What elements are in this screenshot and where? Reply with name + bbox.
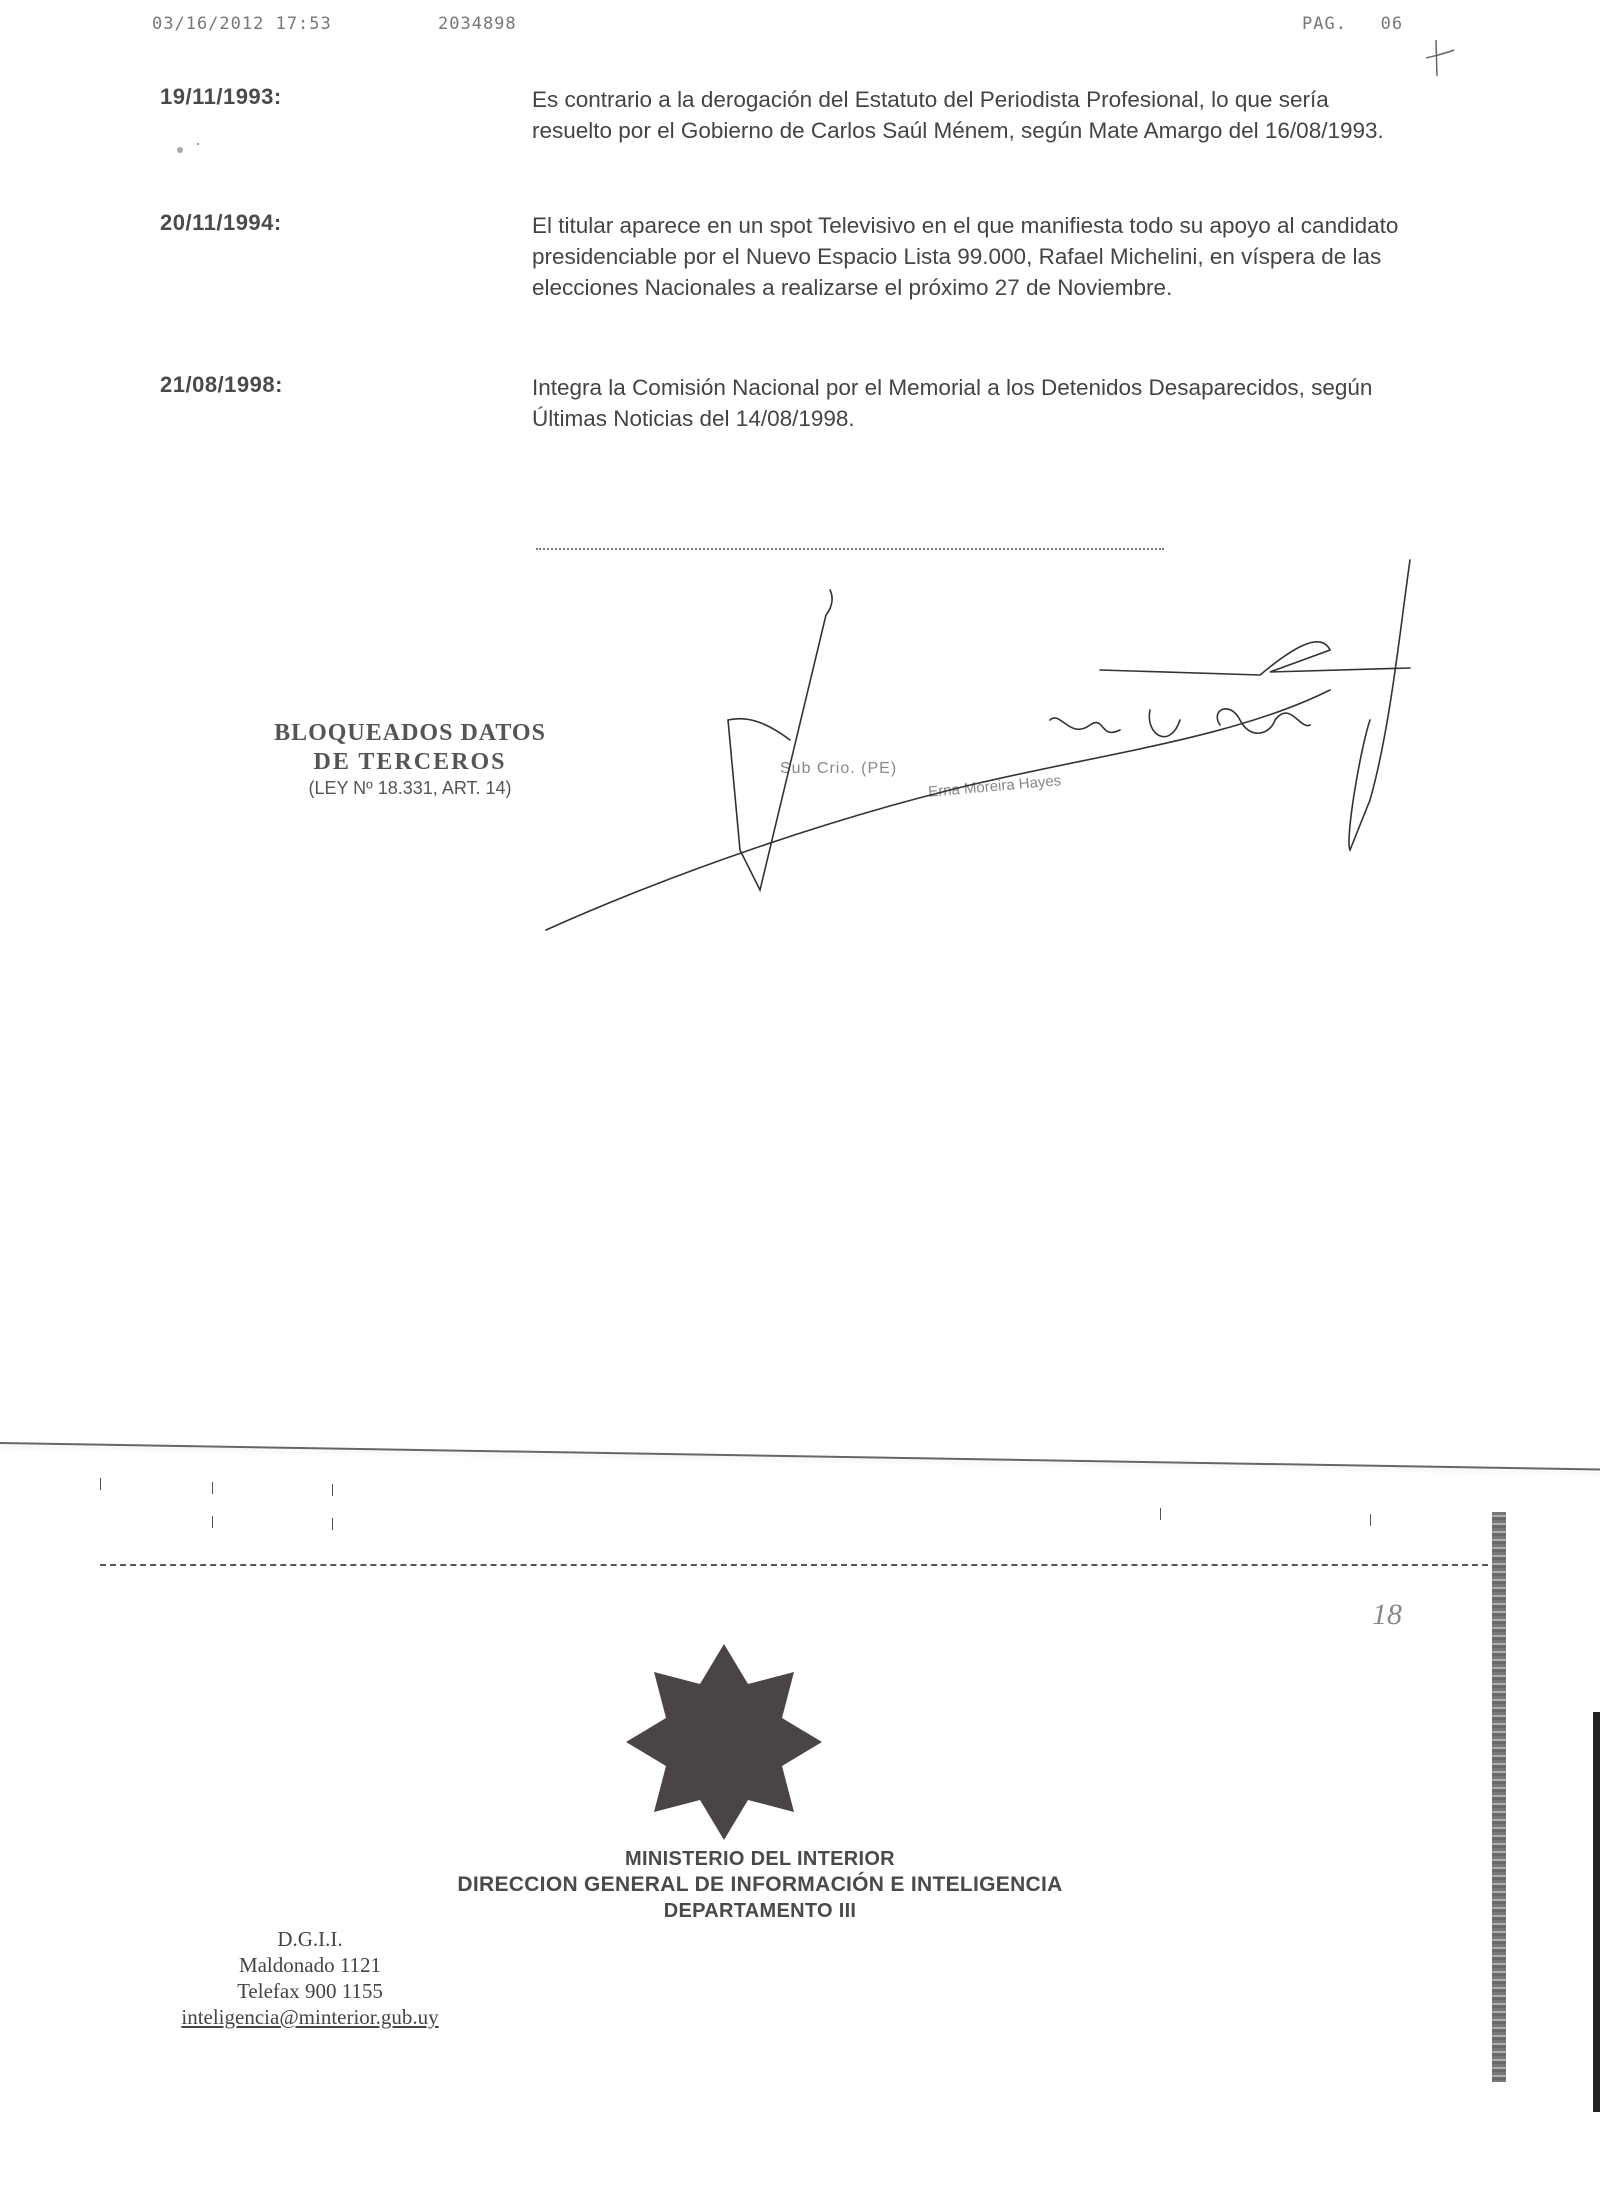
handwritten-initial-mark-icon xyxy=(1422,38,1456,78)
letterhead-rule xyxy=(100,1564,1488,1566)
stamp-line-3: (LEY Nº 18.331, ART. 14) xyxy=(240,778,580,799)
folio-number: 18 xyxy=(1372,1598,1402,1632)
fax-job-number: 2034898 xyxy=(438,14,517,34)
entry-date: 19/11/1993: xyxy=(160,84,282,110)
direction-name: DIRECCION GENERAL DE INFORMACIÓN E INTEL… xyxy=(380,1872,1140,1898)
fax-timestamp: 03/16/2012 17:53 xyxy=(152,14,332,34)
stamp-line-2: DE TERCEROS xyxy=(240,749,580,776)
redaction-stamp: BLOQUEADOS DATOS DE TERCEROS (LEY Nº 18.… xyxy=(240,720,580,799)
letterhead-address: D.G.I.I. Maldonado 1121 Telefax 900 1155… xyxy=(130,1926,490,2030)
page-label: PAG. xyxy=(1302,14,1347,34)
address-street: Maldonado 1121 xyxy=(130,1952,490,1978)
page-fold-edge xyxy=(0,1442,1600,1471)
entry-text: Es contrario a la derogación del Estatut… xyxy=(532,84,1412,146)
stamp-line-1: BLOQUEADOS DATOS xyxy=(240,720,580,747)
letterhead-title: MINISTERIO DEL INTERIOR DIRECCION GENERA… xyxy=(380,1846,1140,1924)
address-email-link[interactable]: inteligencia@minterior.gub.uy xyxy=(130,2004,490,2030)
ministry-name: MINISTERIO DEL INTERIOR xyxy=(380,1846,1140,1872)
scan-edge-bar xyxy=(1492,1512,1506,2082)
address-acronym: D.G.I.I. xyxy=(130,1926,490,1952)
eight-point-star-emblem-icon xyxy=(624,1642,824,1842)
entry-text: Integra la Comisión Nacional por el Memo… xyxy=(532,372,1412,434)
handwritten-signature-icon xyxy=(530,550,1430,950)
entry-date: 20/11/1994: xyxy=(160,210,282,236)
scan-speck-icon xyxy=(172,140,202,160)
address-phone: Telefax 900 1155 xyxy=(130,1978,490,2004)
entry-text: El titular aparece en un spot Televisivo… xyxy=(532,210,1412,303)
fax-page: PAG. 06 xyxy=(1302,14,1403,34)
entry-date: 21/08/1998: xyxy=(160,372,283,398)
department-name: DEPARTAMENTO III xyxy=(380,1898,1140,1924)
scan-edge-shadow xyxy=(1593,1712,1600,2112)
page-number: 06 xyxy=(1381,14,1403,34)
